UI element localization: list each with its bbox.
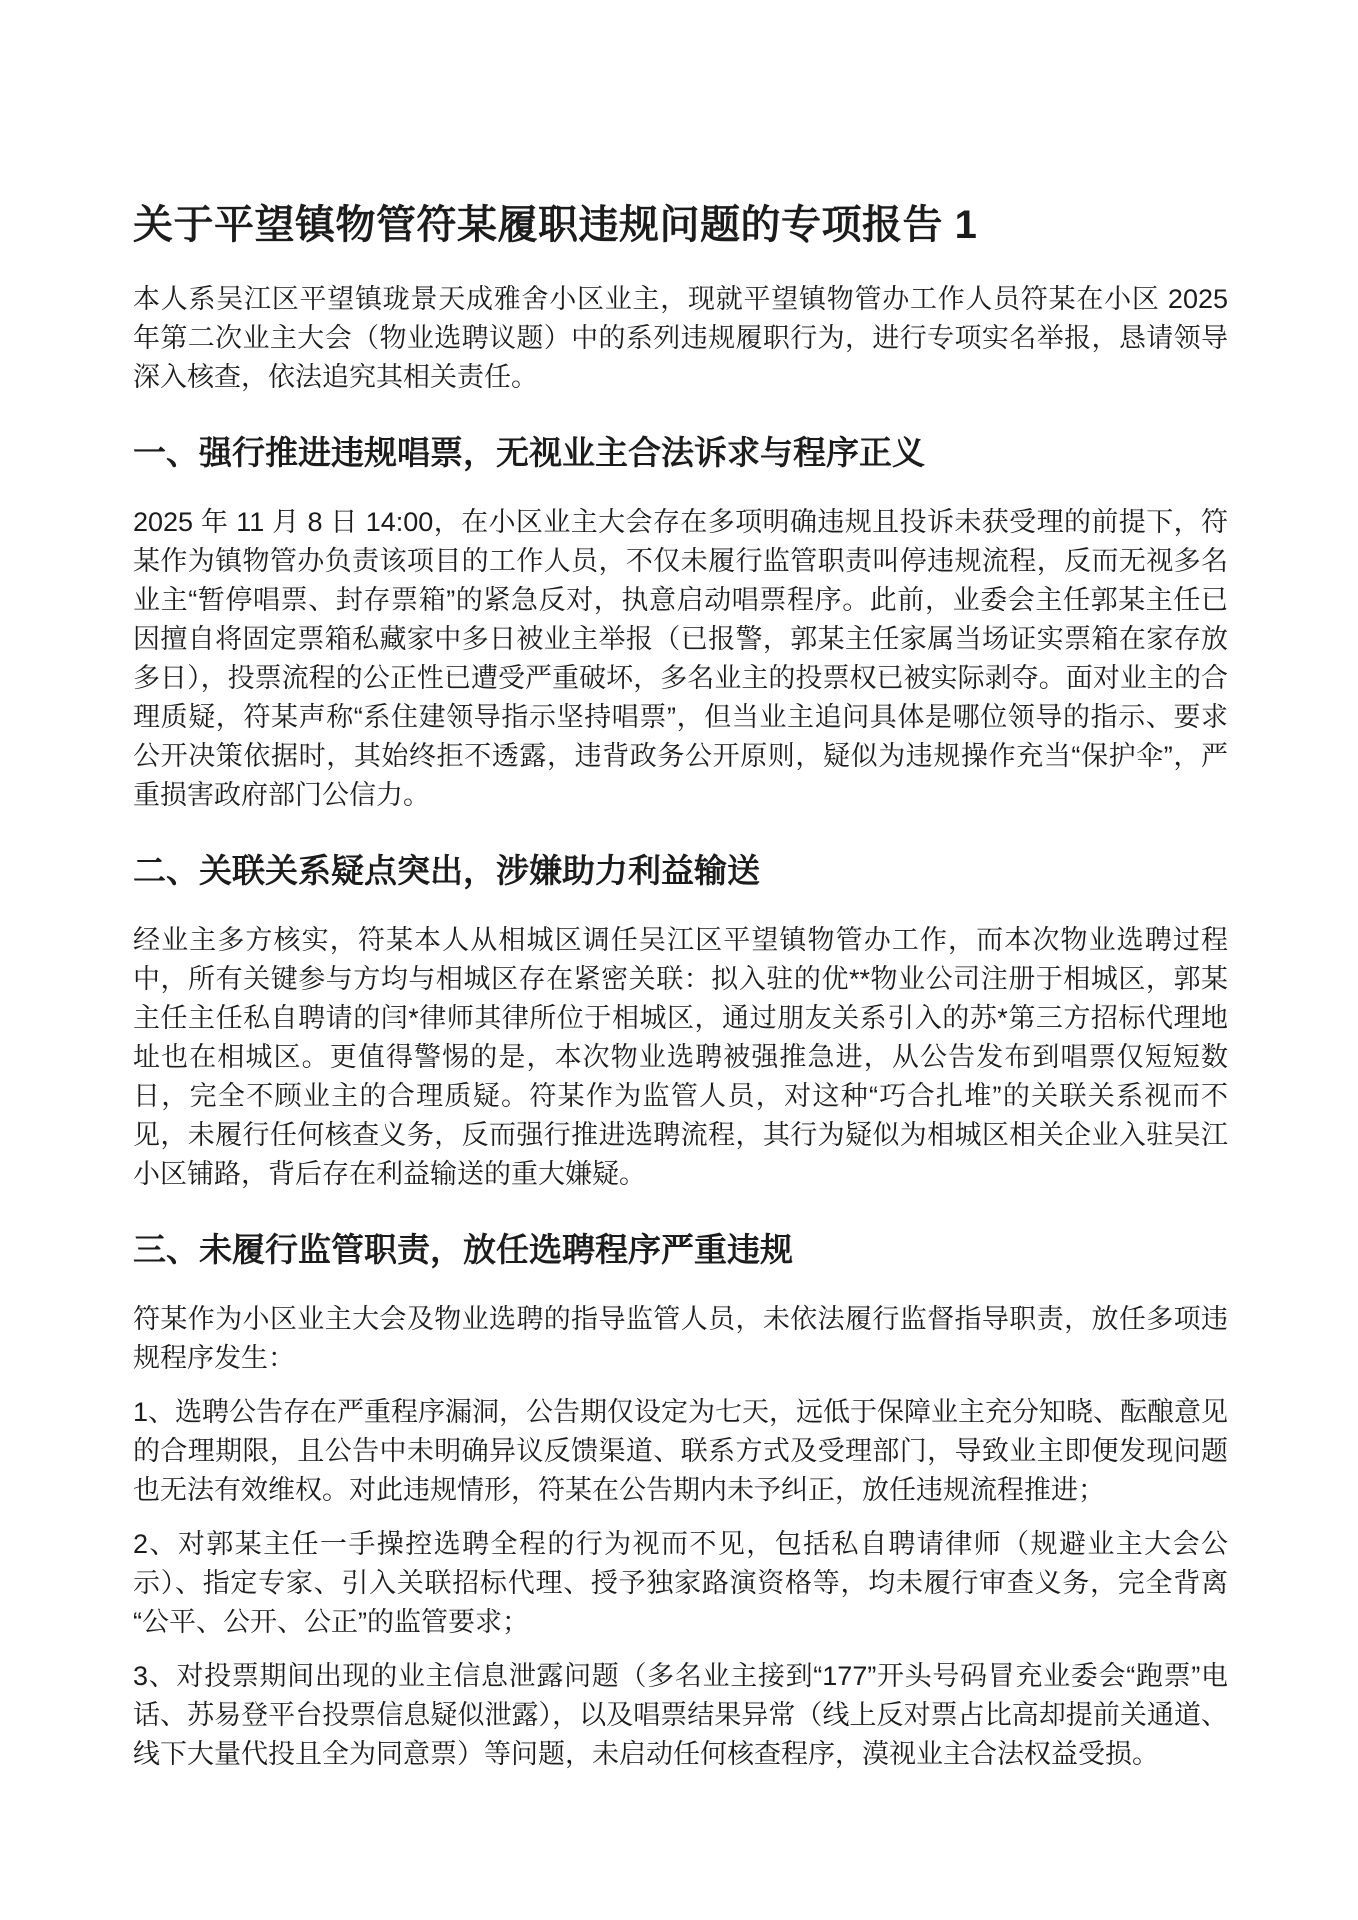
section-2-heading: 二、关联关系疑点突出，涉嫌助力利益输送 bbox=[133, 849, 1228, 893]
section-2-paragraph: 经业主多方核实，符某本人从相城区调任吴江区平望镇物管办工作，而本次物业选聘过程中… bbox=[133, 921, 1228, 1194]
section-3-heading: 三、未履行监管职责，放任选聘程序严重违规 bbox=[133, 1228, 1228, 1272]
section-1-paragraph: 2025 年 11 月 8 日 14:00，在小区业主大会存在多项明确违规且投诉… bbox=[133, 503, 1228, 815]
section-3-item-3: 3、对投票期间出现的业主信息泄露问题（多名业主接到“177”开头号码冒充业委会“… bbox=[133, 1657, 1228, 1774]
report-section-3: 三、未履行监管职责，放任选聘程序严重违规 符某作为小区业主大会及物业选聘的指导监… bbox=[133, 1228, 1228, 1774]
section-3-item-1: 1、选聘公告存在严重程序漏洞，公告期仅设定为七天，远低于保障业主充分知晓、酝酿意… bbox=[133, 1393, 1228, 1510]
section-3-intro-paragraph: 符某作为小区业主大会及物业选聘的指导监管人员，未依法履行监督指导职责，放任多项违… bbox=[133, 1300, 1228, 1378]
report-title: 关于平望镇物管符某履职违规问题的专项报告 1 bbox=[133, 200, 1228, 250]
report-intro-paragraph: 本人系吴江区平望镇珑景天成雅舍小区业主，现就平望镇物管办工作人员符某在小区 20… bbox=[133, 280, 1228, 397]
section-3-item-2: 2、对郭某主任一手操控选聘全程的行为视而不见，包括私自聘请律师（规避业主大会公示… bbox=[133, 1525, 1228, 1642]
report-page: 关于平望镇物管符某履职违规问题的专项报告 1 本人系吴江区平望镇珑景天成雅舍小区… bbox=[0, 0, 1358, 1920]
report-section-1: 一、强行推进违规唱票，无视业主合法诉求与程序正义 2025 年 11 月 8 日… bbox=[133, 431, 1228, 815]
section-1-heading: 一、强行推进违规唱票，无视业主合法诉求与程序正义 bbox=[133, 431, 1228, 475]
report-section-2: 二、关联关系疑点突出，涉嫌助力利益输送 经业主多方核实，符某本人从相城区调任吴江… bbox=[133, 849, 1228, 1194]
